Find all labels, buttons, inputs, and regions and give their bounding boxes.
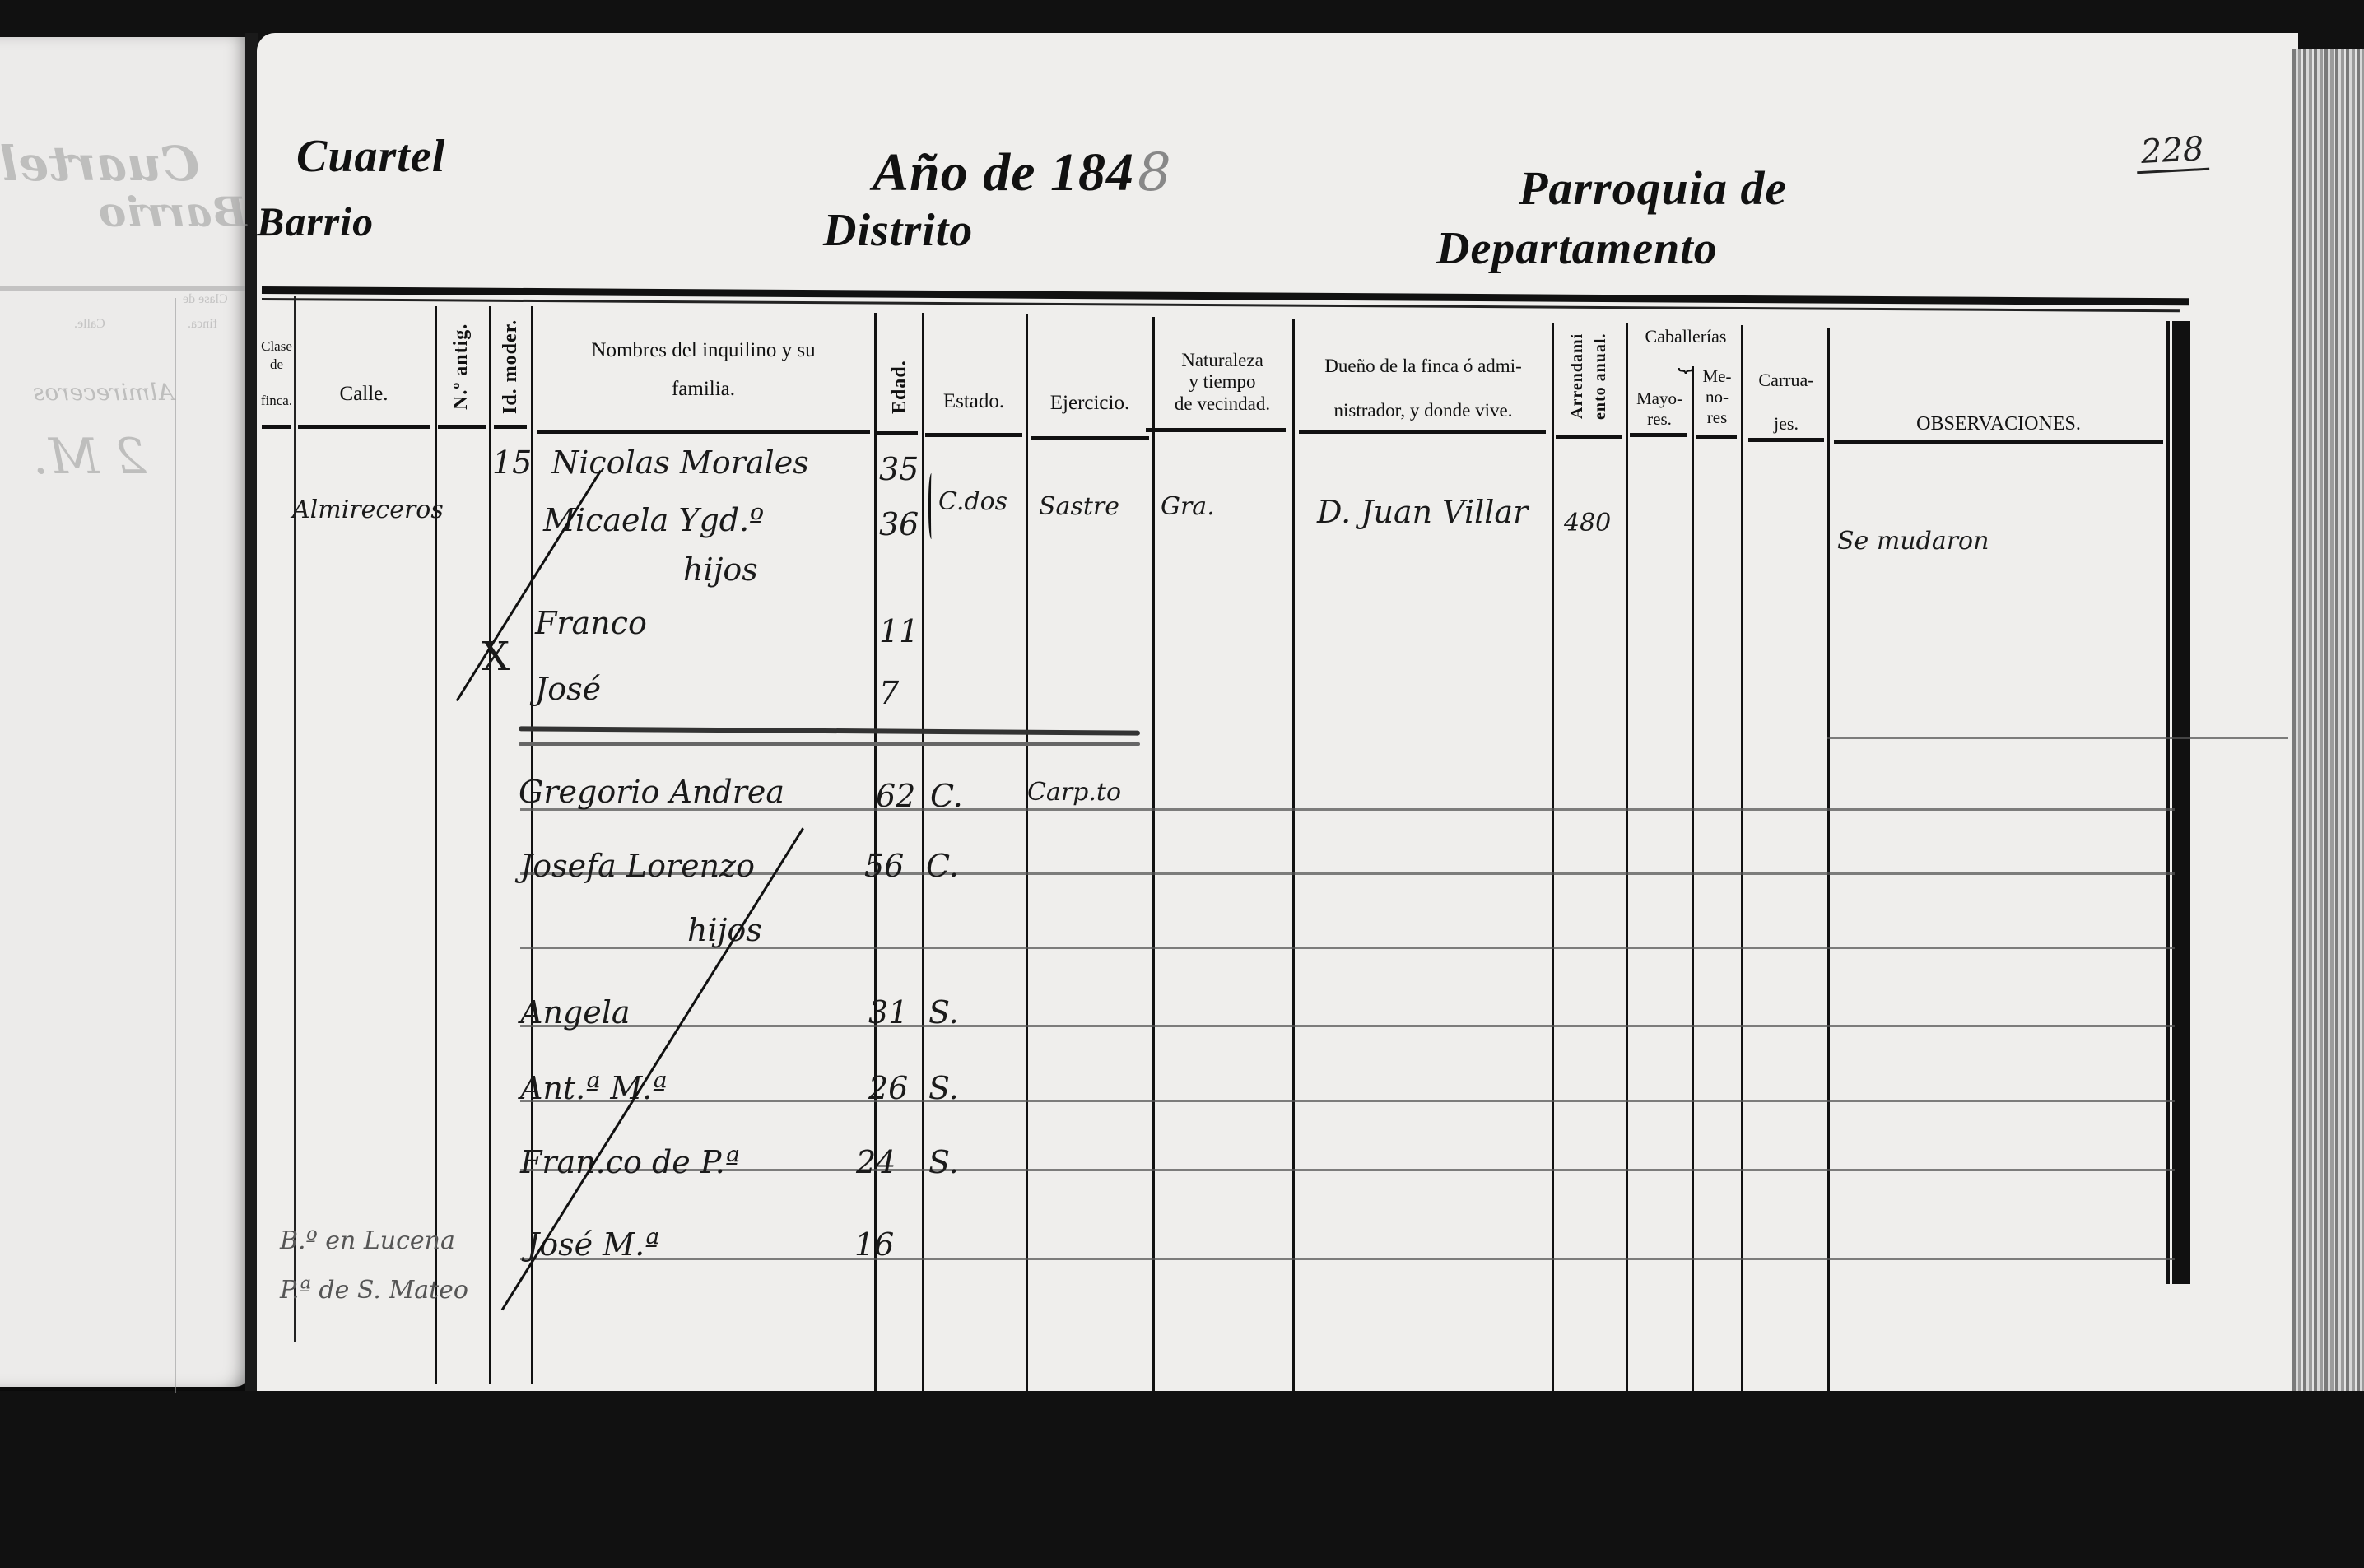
- left-ghost-calle: Calle.: [74, 317, 105, 332]
- heading-departamento: Departamento: [1436, 222, 1718, 275]
- col-header-nombres-line2: familia.: [537, 376, 870, 403]
- header-underline-clase: [262, 425, 291, 429]
- h2-member-estado: C.: [930, 778, 963, 814]
- h1-ejercicio: Sastre: [1039, 492, 1119, 521]
- caballerias-brace-icon: ⏟: [1628, 349, 1743, 365]
- h1-num-moder: 15: [492, 444, 532, 481]
- col-header-menores-line2: no-: [1694, 387, 1740, 407]
- header-underline-carruajes: [1748, 438, 1824, 442]
- heading-ano: Año de 1848: [873, 142, 1172, 204]
- ruled-line: [1827, 737, 2288, 739]
- col-header-mayores-line1: Mayo-: [1626, 389, 1692, 409]
- col-header-mayores: Mayo-res.: [1626, 389, 1692, 430]
- left-ghost-entry-1: Almireceros: [33, 379, 175, 406]
- h2-ejercicio: Carp.to: [1027, 778, 1121, 807]
- h2-member-name: Gregorio Andrea: [519, 774, 784, 810]
- col-header-clase-finca: Clase definca.: [257, 337, 296, 410]
- col-header-num-moder: Id. moder.: [498, 313, 524, 420]
- col-line-ejercicio: [1152, 317, 1155, 1395]
- h1-observaciones: Se mudaron: [1837, 527, 1989, 556]
- page-number: 228: [2135, 130, 2210, 174]
- col-header-num-antig: N.º antig.: [449, 313, 474, 420]
- h2-member-age: 16: [854, 1226, 894, 1263]
- col-line-carruajes: [1827, 328, 1830, 1398]
- header-underline-arrendamiento: [1556, 435, 1622, 439]
- heading-cuartel: Cuartel: [296, 130, 445, 183]
- h2-member-name: Josefa Lorenzo: [520, 848, 755, 884]
- col-header-dueno-line2: nistrador, y donde vive.: [1296, 398, 1550, 423]
- col-header-arrendamiento-line2: ento anual.: [1589, 323, 1611, 430]
- header-underline-mayores: [1630, 433, 1687, 437]
- left-ghost-vline: [175, 298, 176, 1393]
- col-line-edad: [922, 313, 924, 1391]
- h1-estado: C.dos: [938, 487, 1007, 516]
- header-underline-naturaleza: [1146, 428, 1286, 432]
- h1-naturaleza: Gra.: [1161, 492, 1215, 521]
- header-underline-observaciones: [1834, 440, 2163, 444]
- ruled-line: [520, 1025, 2175, 1027]
- header-underline-edad: [877, 431, 918, 435]
- ruled-line: [520, 1258, 2175, 1260]
- col-header-naturaleza-line1: Naturaleza: [1152, 350, 1292, 371]
- h1-calle: Almireceros: [292, 496, 444, 524]
- h1-member-age: 11: [879, 613, 919, 649]
- col-header-nombres: Nombres del inquilino y sufamilia.: [537, 337, 870, 402]
- household-separator-rule-2: [519, 742, 1140, 746]
- header-underline-estado: [925, 433, 1022, 437]
- left-ghost-barrio: Barrio: [99, 188, 247, 236]
- scan-background-bottom: [0, 1391, 2364, 1568]
- col-header-naturaleza: Naturalezay tiempode vecindad.: [1152, 350, 1292, 415]
- ruled-line: [520, 947, 2175, 949]
- col-header-menores-line3: res: [1694, 407, 1740, 428]
- col-line-clase: [294, 296, 295, 1342]
- h2-member-age: 26: [868, 1070, 908, 1106]
- h2-member-age: 56: [864, 848, 904, 884]
- heading-distrito: Distrito: [823, 204, 973, 257]
- col-line-mayores: [1692, 366, 1694, 1395]
- h1-member-name: Franco: [535, 605, 647, 641]
- heading-ano-handwritten-digit: 8: [1138, 142, 1172, 203]
- left-page: [0, 37, 251, 1387]
- left-ghost-rule: [0, 286, 245, 291]
- left-ghost-entry-2: 2 M.: [33, 428, 147, 486]
- h2-member-estado: S.: [928, 1070, 959, 1106]
- ruled-line: [520, 1169, 2175, 1171]
- col-line-arrendamiento: [1626, 323, 1628, 1401]
- col-line-calle: [435, 306, 437, 1384]
- col-line-dueno: [1552, 323, 1554, 1401]
- col-line-estado: [1026, 314, 1028, 1393]
- h1-margin-mark: X: [482, 634, 510, 680]
- col-line-antig: [489, 306, 491, 1384]
- left-ghost-clase1: Clase de: [183, 292, 228, 307]
- col-header-carruajes-line2: jes.: [1745, 412, 1827, 436]
- h2-margin-note-2: P.ª de S. Mateo: [280, 1276, 468, 1305]
- h1-member-age: 35: [879, 451, 919, 487]
- col-header-naturaleza-line2: y tiempo: [1152, 371, 1292, 393]
- col-header-arrendamiento-line1: Arrendami: [1566, 323, 1588, 430]
- h2-member-name: José M.ª: [527, 1226, 659, 1263]
- h2-member-name: Angela: [520, 994, 631, 1031]
- h2-member-age: 31: [868, 994, 908, 1031]
- h1-member-age: 7: [879, 675, 899, 711]
- page-edges: [2292, 49, 2364, 1407]
- col-line-naturaleza: [1292, 319, 1295, 1398]
- col-header-menores: Me-no-res: [1694, 366, 1740, 429]
- col-header-ejercicio: Ejercicio.: [1031, 390, 1149, 417]
- header-underline-calle: [298, 425, 430, 429]
- col-header-carruajes: Carrua-jes.: [1745, 369, 1827, 435]
- col-header-nombres-line1: Nombres del inquilino y su: [537, 337, 870, 365]
- col-header-clase-line1: Clase de: [257, 337, 296, 374]
- col-header-edad: Edad.: [887, 346, 913, 428]
- table-right-border: [2170, 321, 2190, 1284]
- col-header-observaciones: OBSERVACIONES.: [1834, 412, 2163, 437]
- h1-arrendamiento: 480: [1564, 509, 1611, 537]
- h2-member-age: 62: [876, 778, 915, 814]
- h2-member-name: Fran.co de P.ª: [520, 1144, 740, 1180]
- col-header-mayores-line2: res.: [1626, 409, 1692, 430]
- header-underline-ejercicio: [1031, 436, 1149, 440]
- h1-member-name: Nicolas Morales: [551, 444, 809, 481]
- header-underline-nombres: [537, 430, 870, 434]
- col-header-naturaleza-line3: de vecindad.: [1152, 393, 1292, 415]
- col-header-calle: Calle.: [298, 381, 430, 408]
- h1-estado-bracket: [928, 473, 936, 539]
- col-header-dueno: Dueño de la finca ó admi-nistrador, y do…: [1296, 354, 1550, 423]
- col-line-menores: [1741, 325, 1743, 1395]
- h2-member-estado: S.: [928, 1144, 959, 1180]
- col-header-carruajes-line1: Carrua-: [1745, 369, 1827, 393]
- col-header-dueno-line1: Dueño de la finca ó admi-: [1296, 354, 1550, 379]
- header-underline-menores: [1696, 435, 1737, 439]
- left-ghost-cuartel: Cuartel: [0, 136, 199, 192]
- col-header-menores-line1: Me-: [1694, 366, 1740, 387]
- h2-member-age: 24: [856, 1144, 896, 1180]
- h2-member-estado: S.: [928, 994, 959, 1031]
- left-ghost-clase2: finca.: [188, 317, 217, 332]
- header-underline-dueno: [1299, 430, 1546, 434]
- col-header-clase-line2: finca.: [257, 392, 296, 410]
- heading-ano-printed: Año de 184: [873, 142, 1134, 202]
- right-page: [257, 33, 2298, 1403]
- ruled-line: [520, 1100, 2175, 1102]
- header-underline-antig: [438, 425, 486, 429]
- h1-member-name: José: [535, 671, 601, 707]
- h2-member-estado: C.: [926, 848, 959, 884]
- h2-member-name: hijos: [687, 912, 762, 948]
- h1-member-name: hijos: [683, 551, 758, 588]
- h2-member-name: Ant.ª M.ª: [520, 1070, 667, 1106]
- col-header-estado: Estado.: [925, 389, 1022, 416]
- h1-dueno: D. Juan Villar: [1317, 494, 1528, 530]
- header-underline-moder: [494, 425, 527, 429]
- ruled-line: [520, 872, 2175, 875]
- heading-parroquia: Parroquia de: [1519, 161, 1787, 216]
- col-header-arrendamiento: Arrendamiento anual.: [1556, 323, 1622, 430]
- col-header-caballerias: Caballerías⏟: [1628, 325, 1743, 365]
- h2-margin-note-1: B.º en Lucena: [280, 1226, 455, 1255]
- heading-barrio: Barrio: [257, 198, 374, 245]
- h1-member-age: 36: [879, 506, 919, 542]
